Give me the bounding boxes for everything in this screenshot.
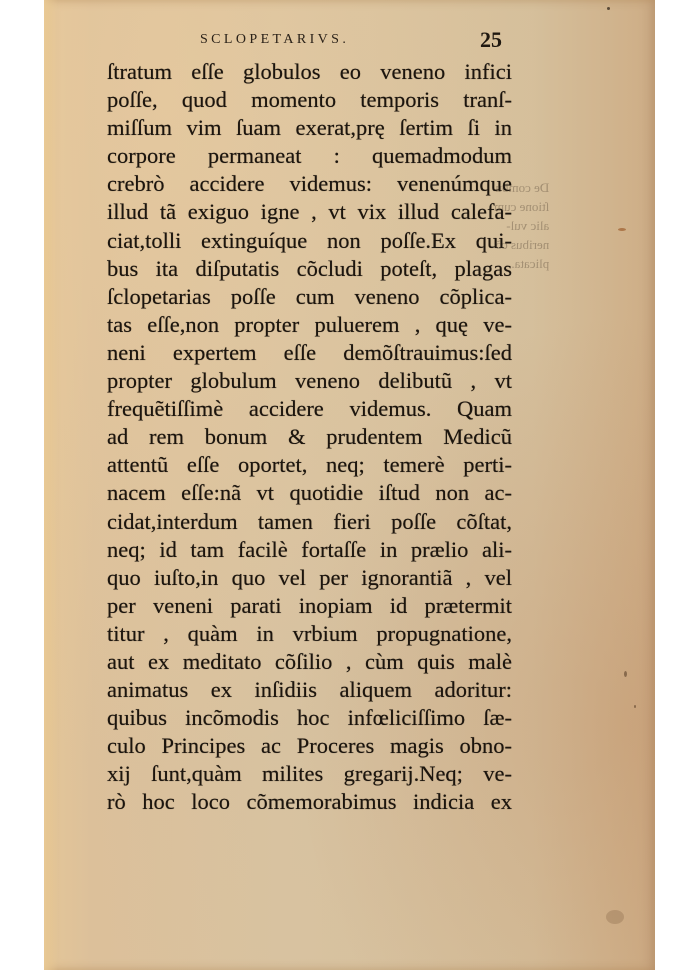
text-line: quibus incõmodis hoc infœliciſſimo ſæ- <box>107 704 512 732</box>
bleed-through-marginal-note: De combu ſtione cum alic vul- neribus cõ… <box>494 178 549 273</box>
book-page: SCLOPETARIVS. 25 ſtratum eſſe globulos e… <box>44 0 655 970</box>
text-line: crebrò accidere videmus: venenúmque <box>107 170 512 198</box>
bleed-line: alic vul- <box>494 216 549 235</box>
page-number: 25 <box>480 27 502 53</box>
paper-stain <box>634 705 636 708</box>
body-text: ſtratum eſſe globulos eo veneno infici p… <box>107 58 512 817</box>
text-line: frequẽtiſſimè accidere videmus. Quam <box>107 395 512 423</box>
text-line: per veneni parati inopiam id prætermit <box>107 592 512 620</box>
paper-stain <box>618 228 626 231</box>
text-line: propter globulum veneno delibutũ , vt <box>107 367 512 395</box>
text-line: neni expertem eſſe demõſtrauimus:ſed <box>107 339 512 367</box>
text-line: miſſum vim ſuam exerat,prę ſertim ſi in <box>107 114 512 142</box>
text-line: neq; id tam facilè fortaſſe in prælio al… <box>107 536 512 564</box>
text-line: xij ſunt,quàm milites gregarij.Neq; ve- <box>107 760 512 788</box>
text-line: illud tã exiguo igne , vt vix illud cale… <box>107 198 512 226</box>
text-line: attentũ eſſe oportet, neq; temerè perti- <box>107 451 512 479</box>
text-line: ſtratum eſſe globulos eo veneno infici <box>107 58 512 86</box>
paper-stain <box>624 671 627 677</box>
text-line: quo iuſto,in quo vel per ignorantiã , ve… <box>107 564 512 592</box>
text-line: culo Principes ac Proceres magis obno- <box>107 732 512 760</box>
text-line: nacem eſſe:nã vt quotidie iſtud non ac- <box>107 479 512 507</box>
text-line: titur , quàm in vrbium propugnatione, <box>107 620 512 648</box>
running-head: SCLOPETARIVS. <box>200 32 349 48</box>
text-line: cidat,interdum tamen fieri poſſe cõſtat, <box>107 508 512 536</box>
text-line: tas eſſe,non propter puluerem , quę ve- <box>107 311 512 339</box>
text-line: bus ita diſputatis cõcludi poteſt, plaga… <box>107 255 512 283</box>
bleed-line: ſtione cum <box>494 197 549 216</box>
paper-stain <box>607 7 610 10</box>
text-line: rò hoc loco cõmemorabimus indicia ex <box>107 788 512 816</box>
paper-stain <box>606 910 624 924</box>
bleed-line: neribus cõ <box>494 235 549 254</box>
page-gutter-edge <box>44 0 58 970</box>
text-line: ad rem bonum & prudentem Medicũ <box>107 423 512 451</box>
text-line: aut ex meditato cõſilio , cùm quis malè <box>107 648 512 676</box>
bleed-line: plicata. <box>494 254 549 273</box>
text-line: poſſe, quod momento temporis tranſ- <box>107 86 512 114</box>
bleed-line: De combu <box>494 178 549 197</box>
text-line: ſclopetarias poſſe cum veneno cõplica- <box>107 283 512 311</box>
text-line: corpore permaneat : quemadmodum <box>107 142 512 170</box>
text-line: animatus ex inſidiis aliquem adoritur: <box>107 676 512 704</box>
text-line: ciat,tolli extinguíque non poſſe.Ex qui- <box>107 227 512 255</box>
